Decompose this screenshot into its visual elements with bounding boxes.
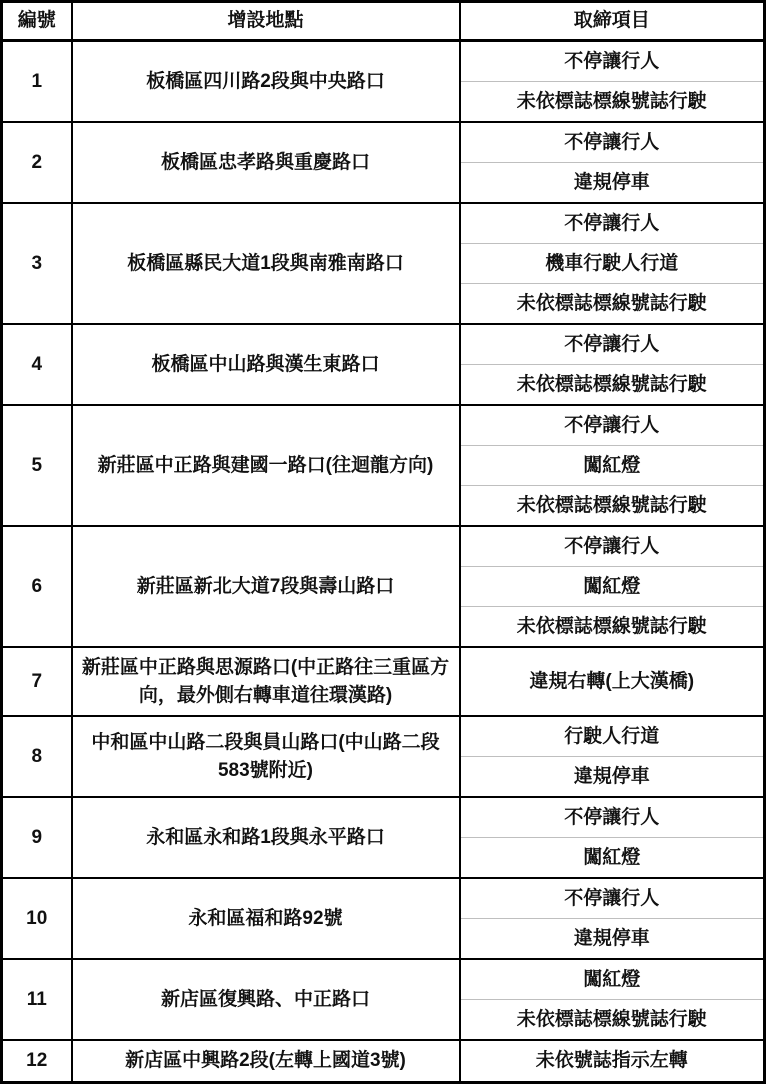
enforcement-item-cell: 不停讓行人	[460, 41, 765, 82]
location-cell: 板橋區四川路2段與中央路口	[72, 41, 460, 123]
row-number: 9	[2, 797, 72, 878]
table-row: 11新店區復興路、中正路口闖紅燈	[2, 959, 765, 1000]
table-row: 10永和區福和路92號不停讓行人	[2, 878, 765, 919]
enforcement-item-cell: 不停讓行人	[460, 203, 765, 244]
location-cell: 永和區福和路92號	[72, 878, 460, 959]
row-number: 4	[2, 324, 72, 405]
enforcement-item-cell: 不停讓行人	[460, 324, 765, 365]
enforcement-item-cell: 不停讓行人	[460, 797, 765, 838]
col-header-location: 增設地點	[72, 2, 460, 41]
enforcement-item-cell: 闖紅燈	[460, 446, 765, 486]
enforcement-item-cell: 違規停車	[460, 757, 765, 798]
enforcement-item-cell: 未依號誌指示左轉	[460, 1040, 765, 1082]
row-number: 12	[2, 1040, 72, 1082]
table-row: 2板橋區忠孝路與重慶路口不停讓行人	[2, 122, 765, 163]
row-number: 10	[2, 878, 72, 959]
table-row: 3板橋區縣民大道1段與南雅南路口不停讓行人	[2, 203, 765, 244]
enforcement-table: 編號 增設地點 取締項目 1板橋區四川路2段與中央路口不停讓行人未依標誌標線號誌…	[0, 0, 766, 1084]
enforcement-item-cell: 未依標誌標線號誌行駛	[460, 82, 765, 123]
row-number: 2	[2, 122, 72, 203]
row-number: 3	[2, 203, 72, 324]
table-row: 4板橋區中山路與漢生東路口不停讓行人	[2, 324, 765, 365]
page: 編號 增設地點 取締項目 1板橋區四川路2段與中央路口不停讓行人未依標誌標線號誌…	[0, 0, 768, 1067]
row-number: 5	[2, 405, 72, 526]
col-header-enforcement: 取締項目	[460, 2, 765, 41]
row-number: 1	[2, 41, 72, 123]
table-header: 編號 增設地點 取締項目	[2, 2, 765, 41]
location-cell: 新莊區中正路與思源路口(中正路往三重區方向，最外側右轉車道往環漢路)	[72, 647, 460, 716]
enforcement-item-cell: 未依標誌標線號誌行駛	[460, 284, 765, 325]
location-cell: 新店區中興路2段(左轉上國道3號)	[72, 1040, 460, 1082]
enforcement-item-cell: 不停讓行人	[460, 878, 765, 919]
location-cell: 新店區復興路、中正路口	[72, 959, 460, 1040]
enforcement-item-cell: 未依標誌標線號誌行駛	[460, 486, 765, 527]
enforcement-item-cell: 闖紅燈	[460, 567, 765, 607]
location-cell: 板橋區縣民大道1段與南雅南路口	[72, 203, 460, 324]
row-number: 6	[2, 526, 72, 647]
table-row: 7新莊區中正路與思源路口(中正路往三重區方向，最外側右轉車道往環漢路)違規右轉(…	[2, 647, 765, 716]
location-cell: 新莊區新北大道7段與壽山路口	[72, 526, 460, 647]
enforcement-item-cell: 行駛人行道	[460, 716, 765, 757]
location-cell: 中和區中山路二段與員山路口(中山路二段583號附近)	[72, 716, 460, 797]
table-row: 12新店區中興路2段(左轉上國道3號)未依號誌指示左轉	[2, 1040, 765, 1082]
enforcement-item-cell: 違規停車	[460, 919, 765, 960]
enforcement-item-cell: 違規右轉(上大漢橋)	[460, 647, 765, 716]
table-row: 9永和區永和路1段與永平路口不停讓行人	[2, 797, 765, 838]
enforcement-item-cell: 闖紅燈	[460, 838, 765, 879]
table-row: 6新莊區新北大道7段與壽山路口不停讓行人	[2, 526, 765, 567]
location-cell: 永和區永和路1段與永平路口	[72, 797, 460, 878]
table-row: 1板橋區四川路2段與中央路口不停讓行人	[2, 41, 765, 82]
enforcement-item-cell: 不停讓行人	[460, 526, 765, 567]
enforcement-item-cell: 未依標誌標線號誌行駛	[460, 365, 765, 406]
header-row: 編號 增設地點 取締項目	[2, 2, 765, 41]
enforcement-item-cell: 闖紅燈	[460, 959, 765, 1000]
col-header-number: 編號	[2, 2, 72, 41]
enforcement-item-cell: 未依標誌標線號誌行駛	[460, 1000, 765, 1041]
enforcement-item-cell: 機車行駛人行道	[460, 244, 765, 284]
table-body: 1板橋區四川路2段與中央路口不停讓行人未依標誌標線號誌行駛2板橋區忠孝路與重慶路…	[2, 41, 765, 1083]
location-cell: 板橋區忠孝路與重慶路口	[72, 122, 460, 203]
row-number: 11	[2, 959, 72, 1040]
enforcement-item-cell: 不停讓行人	[460, 405, 765, 446]
location-cell: 板橋區中山路與漢生東路口	[72, 324, 460, 405]
row-number: 7	[2, 647, 72, 716]
enforcement-item-cell: 未依標誌標線號誌行駛	[460, 607, 765, 648]
row-number: 8	[2, 716, 72, 797]
enforcement-item-cell: 不停讓行人	[460, 122, 765, 163]
enforcement-item-cell: 違規停車	[460, 163, 765, 204]
table-row: 5新莊區中正路與建國一路口(往迴龍方向)不停讓行人	[2, 405, 765, 446]
table-row: 8中和區中山路二段與員山路口(中山路二段583號附近)行駛人行道	[2, 716, 765, 757]
location-cell: 新莊區中正路與建國一路口(往迴龍方向)	[72, 405, 460, 526]
